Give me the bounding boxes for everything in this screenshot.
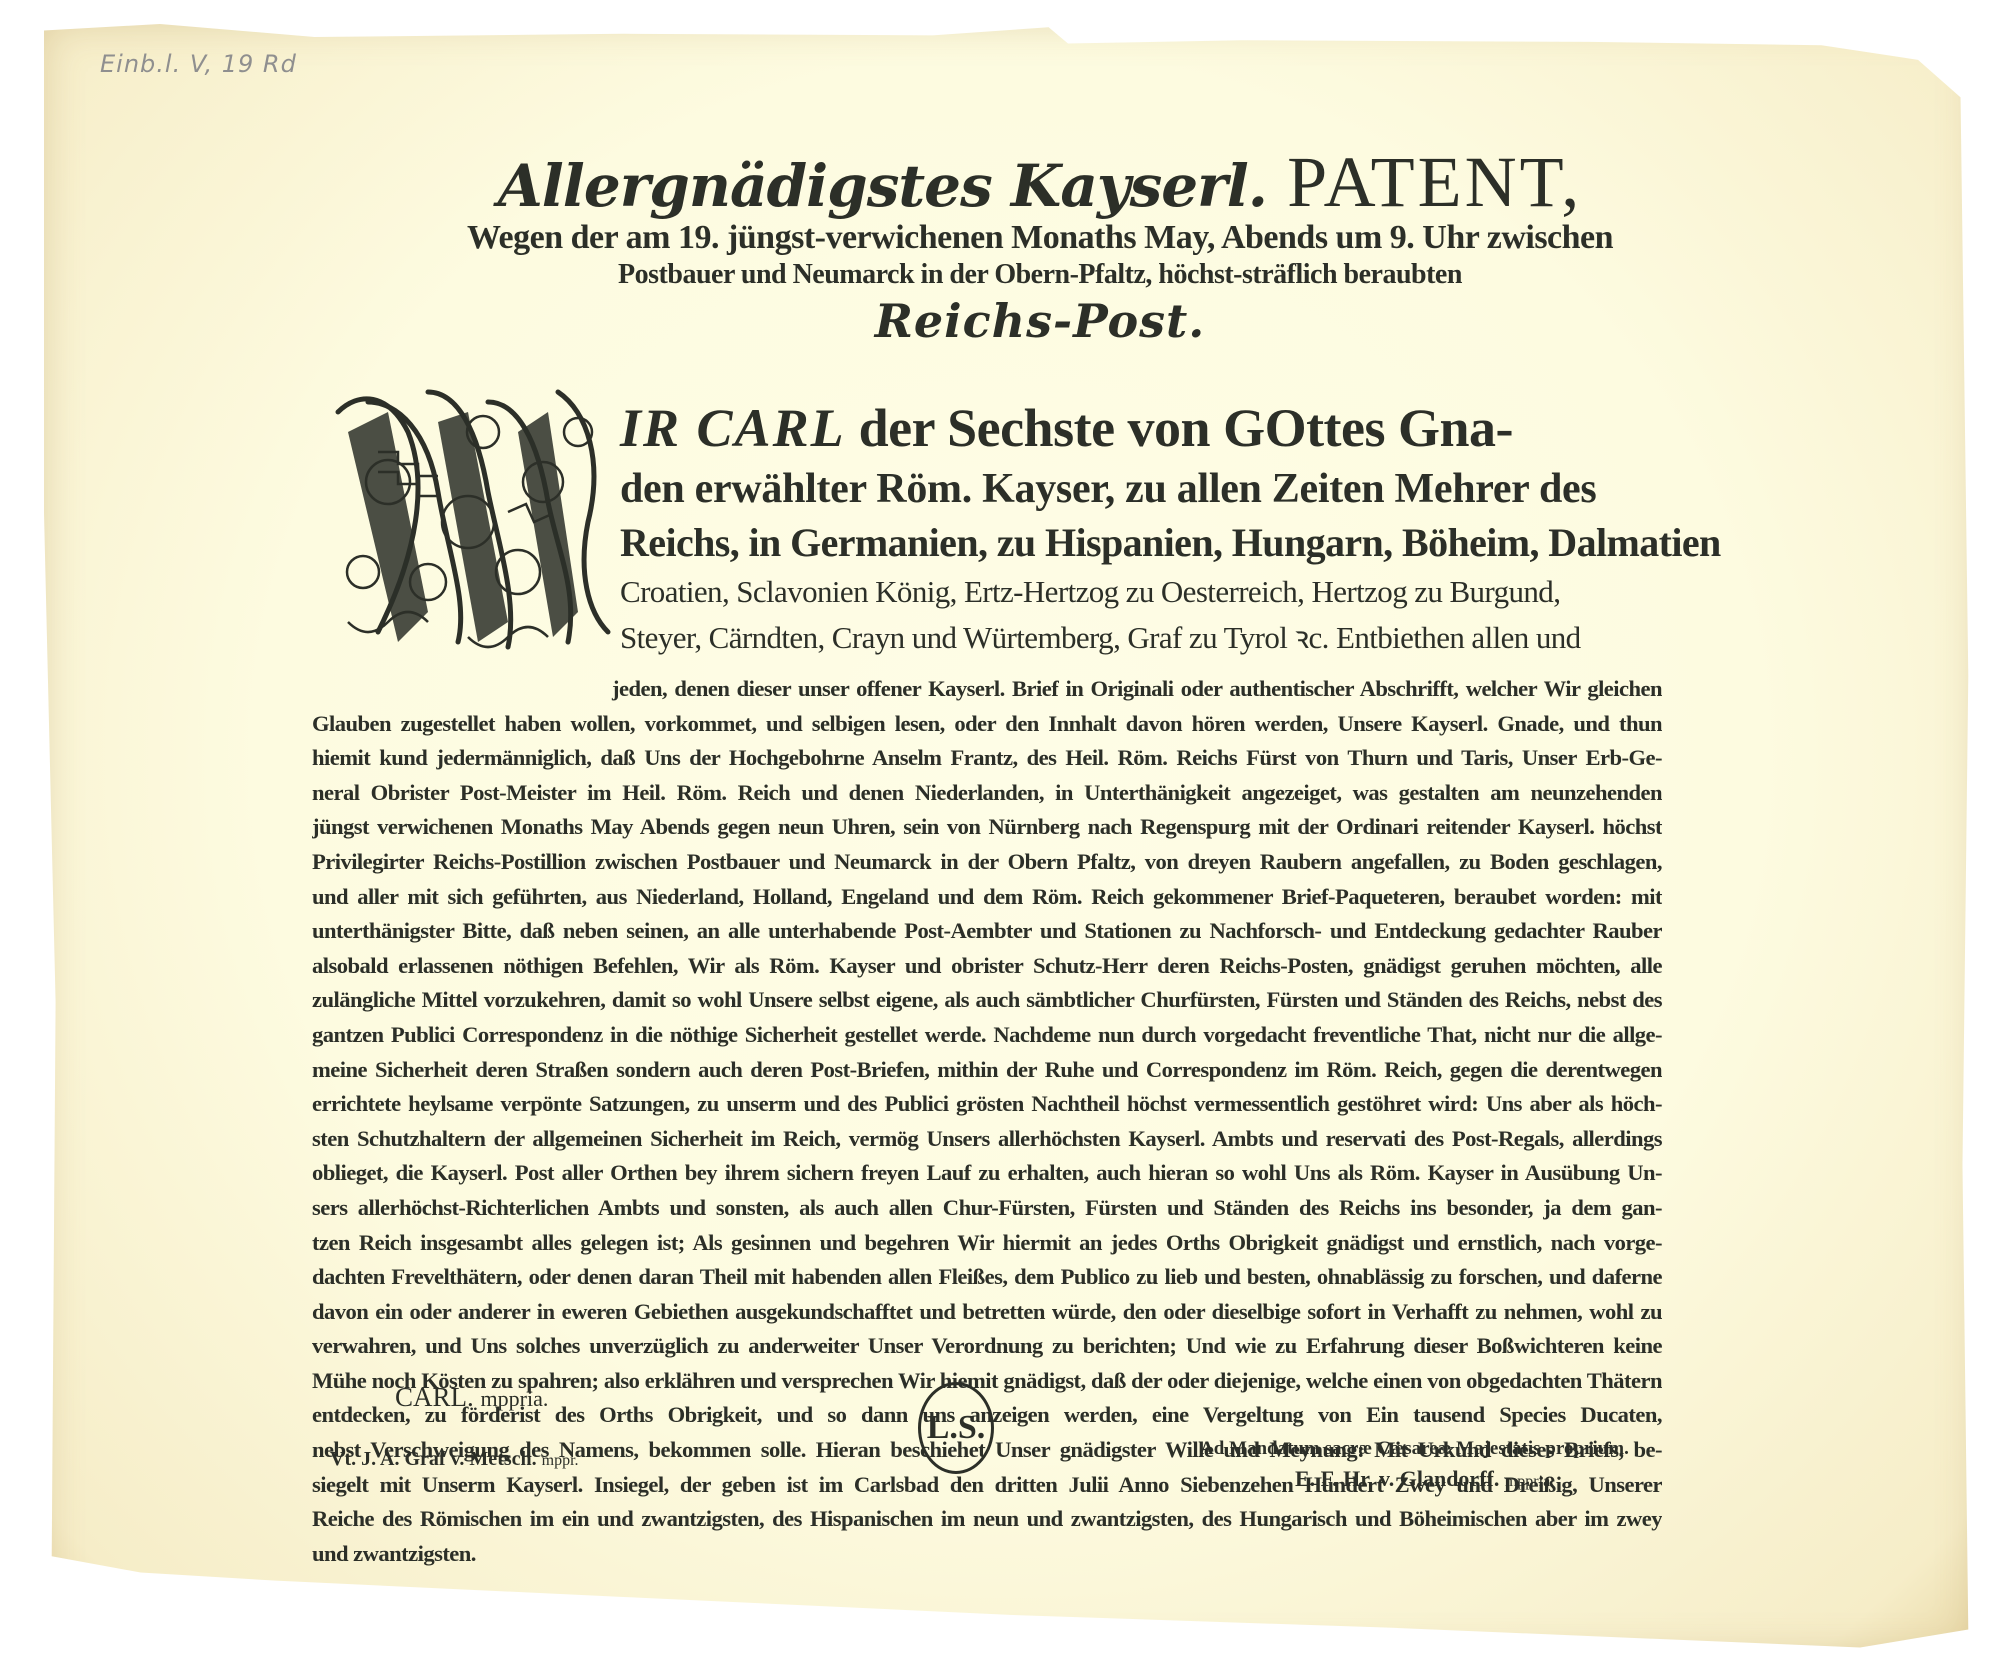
- title-line-1: Allergnädigstes Kayserl. PATENT,: [300, 150, 1780, 218]
- title-line-4: Reichs-Post.: [300, 292, 1780, 350]
- body-line: dachten Frevelthätern, oder denen daran …: [312, 1260, 1662, 1295]
- body-line: verwahren, und Uns solches unverzüglich …: [312, 1329, 1662, 1364]
- body-line: und zwantzigsten.: [312, 1537, 1662, 1572]
- body-line: davon ein oder anderer in eweren Gebieth…: [312, 1295, 1662, 1330]
- body-line: tzen Reich insgesambt alles gelegen ist;…: [312, 1226, 1662, 1261]
- body-line: errichtete heylsame verpönte Satzungen, …: [312, 1087, 1662, 1122]
- opening-line-1-rest: der Sechste von GOttes Gna-: [859, 398, 1513, 458]
- body-line: und aller mit sich geführten, aus Nieder…: [312, 880, 1662, 915]
- archive-shelfmark-note: Einb.l. V, 19 Rd: [100, 50, 297, 78]
- opening-emperor-name: IR CARL: [620, 398, 846, 458]
- body-line: alsobald erlassenen nöthigen Befehlen, W…: [312, 949, 1662, 984]
- title-line-2: Wegen der am 19. jüngst-verwichenen Mona…: [300, 218, 1780, 258]
- title-fraktur-part: Allergnädigstes Kayserl.: [498, 152, 1267, 220]
- body-line: Glauben zugestellet haben wollen, vorkom…: [312, 707, 1662, 742]
- signature-carl-name: CARL.: [395, 1382, 474, 1412]
- seal-text: L.S.: [927, 1409, 986, 1447]
- seal-ls-icon: L.S.: [918, 1382, 994, 1474]
- opening-line-2: den erwählter Röm. Kayser, zu allen Zeit…: [620, 461, 1660, 517]
- body-line: unterthänigster Bitte, daß neben seinen,…: [312, 914, 1662, 949]
- opening-paragraph: IR CARL der Sechste von GOttes Gna- den …: [620, 395, 1660, 661]
- body-line: zulängliche Mittel vorzukehren, damit so…: [312, 983, 1662, 1018]
- signature-metsch-mppr: mppr.: [542, 1452, 579, 1469]
- mandatum-line: Ad Mandatum sacræ Cæsareæ Majestatis pro…: [1200, 1438, 1629, 1460]
- title-patent-word: PATENT,: [1287, 142, 1582, 222]
- signature-glandorff-name: E. F. Hr. v. Glandorff.: [1295, 1466, 1499, 1491]
- body-line: gantzen Publici Correspondenz in die nöt…: [312, 1018, 1662, 1053]
- body-line: Privilegirter Reichs-Postillion zwischen…: [312, 845, 1662, 880]
- signature-metsch: Vt. J. A. Graf v. Metsch. mppr.: [330, 1448, 579, 1471]
- body-line: Reiche des Römischen im ein und zwantzig…: [312, 1502, 1662, 1537]
- body-line: neral Obrister Post-Meister im Heil. Röm…: [312, 776, 1662, 811]
- opening-line-1: IR CARL der Sechste von GOttes Gna-: [620, 395, 1660, 461]
- body-line: oblieget, die Kayserl. Post aller Orthen…: [312, 1156, 1662, 1191]
- body-line: meine Sicherheit deren Straßen sondern a…: [312, 1053, 1662, 1088]
- signature-glandorff: E. F. Hr. v. Glandorff. mppria.: [1295, 1466, 1554, 1492]
- body-line: jeden, denen dieser unser offener Kayser…: [312, 672, 1662, 707]
- decorated-initial-w-icon: [318, 372, 618, 662]
- body-line: sten Schutzhaltern der allgemeinen Siche…: [312, 1122, 1662, 1157]
- opening-line-5: Steyer, Cärndten, Crayn und Würtemberg, …: [620, 615, 1660, 661]
- body-line: sers allerhöchst-Richterlichen Ambts und…: [312, 1191, 1662, 1226]
- opening-line-4: Croatien, Sclavonien König, Ertz-Hertzog…: [620, 569, 1660, 615]
- document-title: Allergnädigstes Kayserl. PATENT, Wegen d…: [300, 150, 1780, 350]
- opening-line-3: Reichs, in Germanien, zu Hispanien, Hung…: [620, 517, 1660, 569]
- signature-carl: CARL. mppria.: [395, 1382, 548, 1413]
- signature-glandorff-mppria: mppria.: [1505, 1473, 1554, 1490]
- title-line-3: Postbauer und Neumarck in der Obern-Pfal…: [300, 258, 1780, 292]
- signature-metsch-name: Vt. J. A. Graf v. Metsch.: [330, 1448, 537, 1470]
- body-line: hiemit kund jedermänniglich, daß Uns der…: [312, 741, 1662, 776]
- signature-carl-mppria: mppria.: [481, 1386, 549, 1411]
- body-line: jüngst verwichenen Monaths May Abends ge…: [312, 810, 1662, 845]
